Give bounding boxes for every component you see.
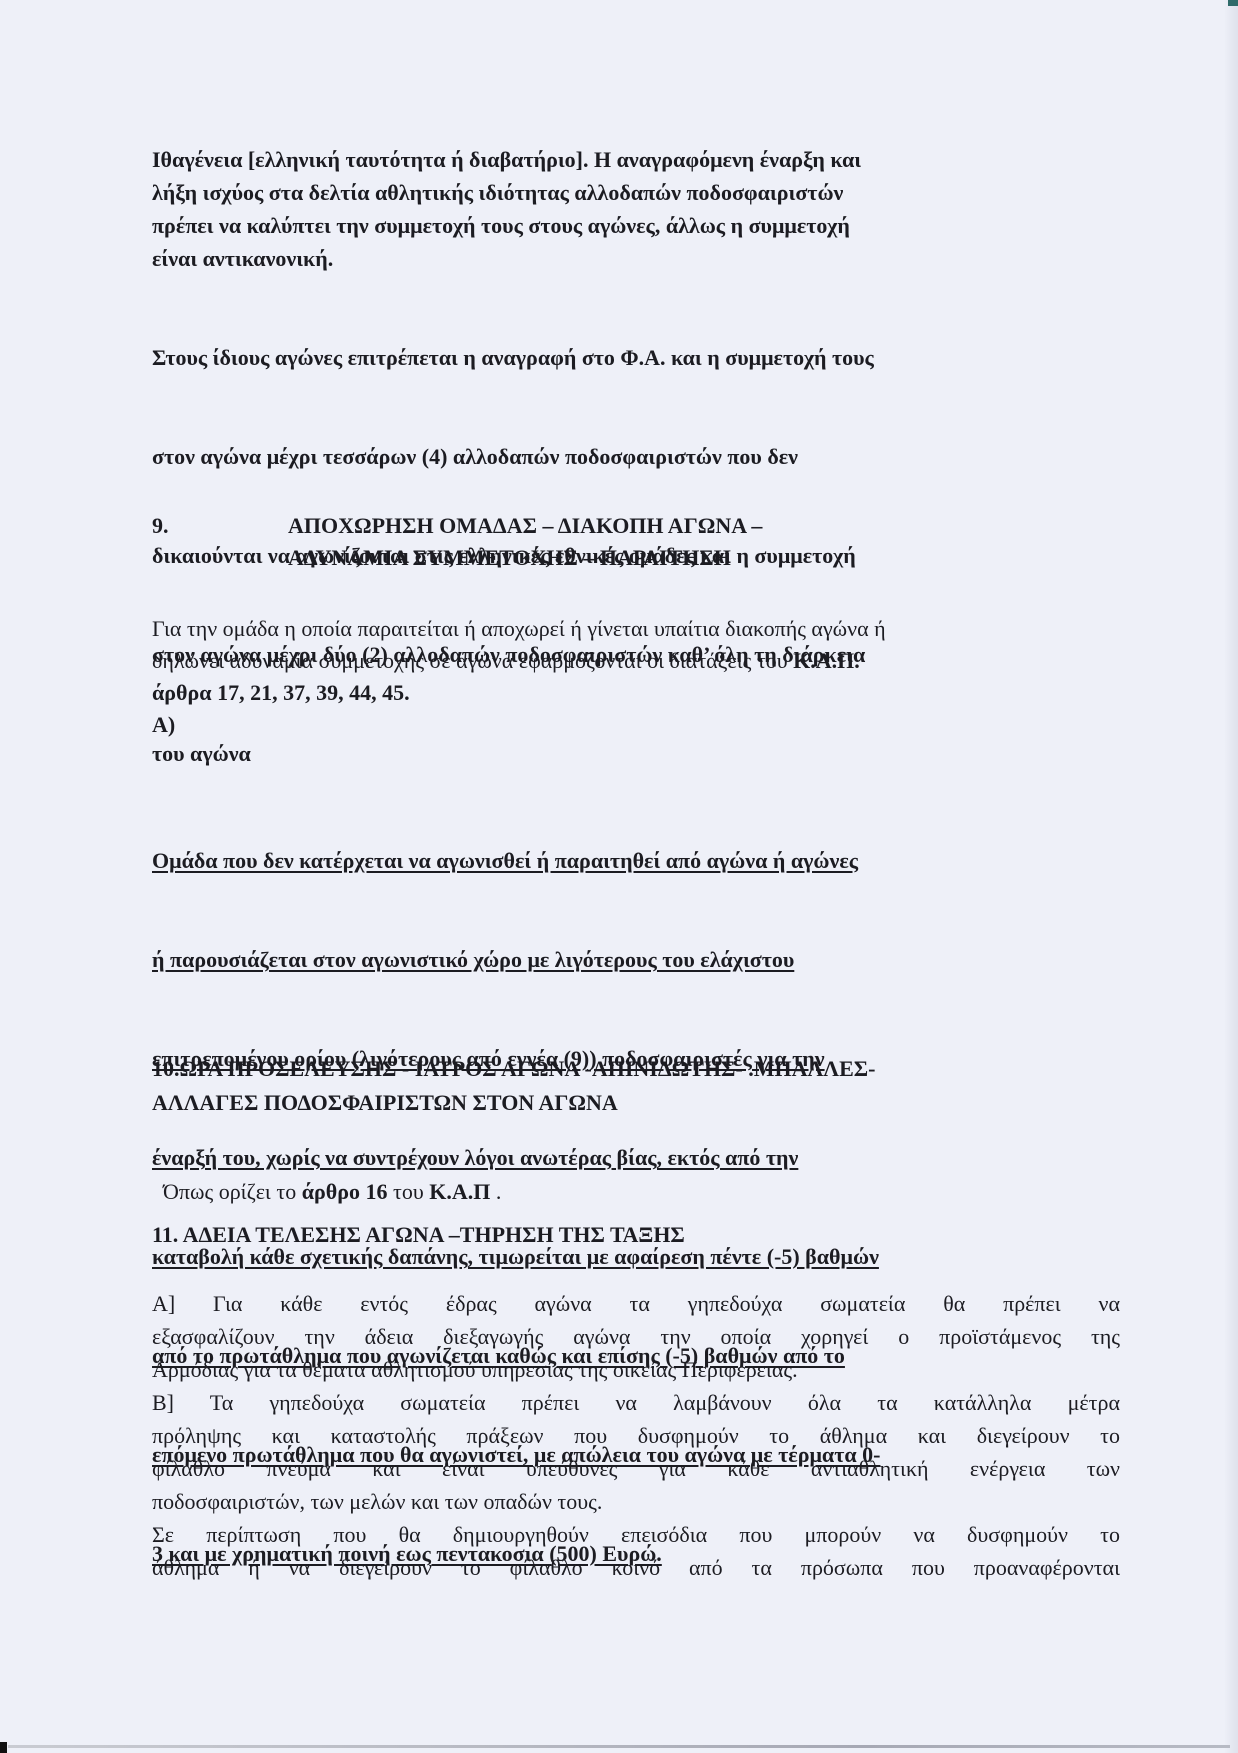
section-11-body: Α] Για κάθε εντός έδρας αγώνα τα γηπεδού… (152, 1287, 1120, 1584)
section-9-body: Για την ομάδα η οποία παραιτείται ή αποχ… (152, 613, 1112, 741)
underlined-line: ή παρουσιάζεται στον αγωνιστικό χώρο με … (152, 943, 1112, 976)
body-line: Α] Για κάθε εντός έδρας αγώνα τα γηπεδού… (152, 1287, 1120, 1320)
section-title-line: 10.ΩΡΑ ΠΡΟΣΕΛΕΥΣΗΣ - ΙΑΤΡΟΣ ΑΓΩΝΑ -ΑΠΙΝΙ… (152, 1052, 1112, 1086)
body-text: Όπως ορίζει το (163, 1179, 302, 1204)
body-line: εξασφαλίζουν την άδεια διεξαγωγής αγώνα … (152, 1320, 1120, 1353)
scan-bottom-edge (8, 1745, 1230, 1748)
body-line: Β] Τα γηπεδούχα σωματεία πρέπει να λαμβά… (152, 1386, 1120, 1419)
scan-corner-mark (1228, 0, 1238, 6)
section-10-heading: 10.ΩΡΑ ΠΡΟΣΕΛΕΥΣΗΣ - ΙΑΤΡΟΣ ΑΓΩΝΑ -ΑΠΙΝΙ… (152, 1052, 1112, 1120)
body-text: . (490, 1179, 501, 1204)
body-line: άθλημα ή να διεγείρουν το φίλαθλο κοινό … (152, 1551, 1120, 1584)
body-line: Για την ομάδα η οποία παραιτείται ή αποχ… (152, 613, 1112, 645)
paragraph-line: στον αγώνα μέχρι τεσσάρων (4) αλλοδαπών … (152, 440, 1112, 473)
paragraph-line: του αγώνα (152, 737, 1112, 770)
section-10-body: Όπως ορίζει το άρθρο 16 του Κ.Α.Π . (152, 1153, 1112, 1205)
subsection-label: A) (152, 709, 1112, 741)
body-line: ποδοσφαιριστών, των μελών και των οπαδών… (152, 1485, 1120, 1518)
paragraph-line: Στους ίδιους αγώνες επιτρέπεται η αναγρα… (152, 341, 1112, 374)
underlined-line: Ομάδα που δεν κατέρχεται να αγωνισθεί ή … (152, 844, 1112, 877)
body-line: Σε περίπτωση που θα δημιουργηθούν επεισό… (152, 1518, 1120, 1551)
body-text: του (388, 1179, 430, 1204)
intro-paragraph: Ιθαγένεια [ελληνική ταυτότητα ή διαβατήρ… (152, 143, 1112, 275)
body-line: φίλαθλο πνεύμα και είναι υπεύθυνες για κ… (152, 1452, 1120, 1485)
article-reference: άρθρο 16 (302, 1179, 388, 1204)
section-title-line: ΑΛΛΑΓΕΣ ΠΟΔΟΣΦΑΙΡΙΣΤΩΝ ΣΤΟΝ ΑΓΩΝΑ (152, 1086, 1112, 1120)
page-edge (1224, 0, 1238, 1753)
body-line: πρόληψης και καταστολής πράξεων που δυσφ… (152, 1419, 1120, 1452)
section-title: 11. ΑΔΕΙΑ ΤΕΛΕΣΗΣ ΑΓΩΝΑ –ΤΗΡΗΣΗ ΤΗΣ ΤΑΞΗ… (152, 1222, 1112, 1248)
articles-reference: άρθρα 17, 21, 37, 39, 44, 45. (152, 677, 1112, 709)
intro-line: Ιθαγένεια [ελληνική ταυτότητα ή διαβατήρ… (152, 143, 1112, 176)
body-text: δηλώνει αδυναμία συμμετοχής σε αγώνα εφα… (152, 648, 793, 673)
section-title: ΑΠΟΧΩΡΗΣΗ ΟΜΑΔΑΣ – ΔΙΑΚΟΠΗ ΑΓΩΝΑ – ΑΔΥΝΑ… (288, 510, 762, 574)
section-number: 9. (152, 510, 169, 542)
body-line: Αρμόδιας για τα θέματα αθλητισμού υπηρεσ… (152, 1353, 1120, 1386)
section-title-line: ΑΔΥΝΑΜΙΑ ΣΥΜΜΕΤΟΧΗΣ – ΠΑΡΑΙΤΗΣΗ (288, 542, 762, 574)
body-line: δηλώνει αδυναμία συμμετοχής σε αγώνα εφα… (152, 645, 1112, 677)
section-11-heading: 11. ΑΔΕΙΑ ΤΕΛΕΣΗΣ ΑΓΩΝΑ –ΤΗΡΗΣΗ ΤΗΣ ΤΑΞΗ… (152, 1222, 1112, 1248)
kap-reference: Κ.Α.Π. (793, 648, 860, 673)
kap-reference: Κ.Α.Π (429, 1179, 490, 1204)
section-title-line: ΑΠΟΧΩΡΗΣΗ ΟΜΑΔΑΣ – ΔΙΑΚΟΠΗ ΑΓΩΝΑ – (288, 510, 762, 542)
intro-line: λήξη ισχύος στα δελτία αθλητικής ιδιότητ… (152, 176, 1112, 209)
intro-line: πρέπει να καλύπτει την συμμετοχή τους στ… (152, 209, 1112, 242)
scan-bottom-mark (0, 1742, 7, 1753)
intro-line: είναι αντικανονική. (152, 242, 1112, 275)
